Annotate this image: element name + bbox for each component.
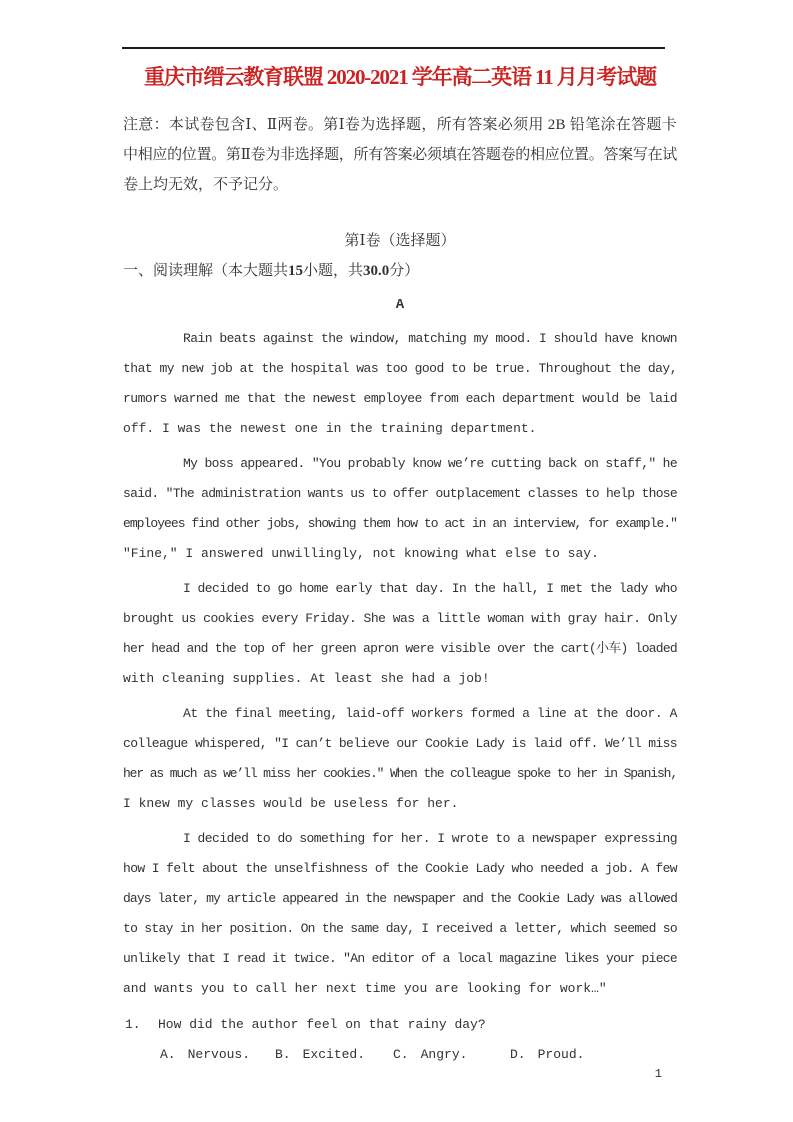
passage-line-text: brought us cookies every Friday. She was… <box>123 611 677 626</box>
passage-line: off. I was the newest one in the trainin… <box>123 414 677 444</box>
exam-document-page: 重庆市缙云教育联盟 2020-2021 学年高二英语 11 月月考试题 注意：本… <box>0 0 793 1122</box>
question-options: A.Nervous.B.Excited.C.Angry.D.Proud. <box>123 1040 677 1070</box>
passage-line-text: said. "The administration wants us to of… <box>123 486 677 501</box>
passage-line: to stay in her position. On the same day… <box>123 914 677 944</box>
passage-line: her as much as we’ll miss her cookies." … <box>123 759 677 789</box>
part-heading: 一、阅读理解（本大题共15小题，共30.0分） <box>123 256 677 286</box>
option-label: C. <box>393 1047 409 1062</box>
passage-line-text: days later, my article appeared in the n… <box>123 891 677 906</box>
passage-line: At the final meeting, laid-off workers f… <box>123 699 677 729</box>
passage-line-text: with cleaning supplies. At least she had… <box>123 671 490 686</box>
option-text: Proud. <box>538 1047 585 1062</box>
passage-line: brought us cookies every Friday. She was… <box>123 604 677 634</box>
passage-line: unlikely that I read it twice. "An edito… <box>123 944 677 974</box>
notice-line: 中相应的位置。第Ⅱ卷为非选择题，所有答案必须填在答题卷的相应位置。答案写在试 <box>123 140 677 170</box>
option-c: C.Angry. <box>393 1040 467 1070</box>
passage-line-text: unlikely that I read it twice. "An edito… <box>123 951 677 966</box>
passage-line-text: that my new job at the hospital was too … <box>123 361 677 376</box>
passage-line-text: I decided to go home early that day. In … <box>183 581 677 596</box>
page-number: 1 <box>655 1064 662 1084</box>
part-heading-segment: 一、阅读理解（本大题共 <box>123 263 288 279</box>
passage-line: "Fine," I answered unwillingly, not know… <box>123 539 677 569</box>
passage-line: how I felt about the unselfishness of th… <box>123 854 677 884</box>
part-heading-segment: 小题，共 <box>303 263 363 279</box>
passage-line: employees find other jobs, showing them … <box>123 509 677 539</box>
passage-line: days later, my article appeared in the n… <box>123 884 677 914</box>
option-a: A.Nervous. <box>160 1040 250 1070</box>
passage-line-text: colleague whispered, "I can’t believe ou… <box>123 736 677 751</box>
option-b: B.Excited. <box>275 1040 365 1070</box>
passage-line: her head and the top of her green apron … <box>123 634 677 664</box>
passage-line-text: her as much as we’ll miss her cookies." … <box>123 766 677 781</box>
volume-heading-text: 第Ⅰ卷（选择题） <box>345 233 456 249</box>
option-text: Nervous. <box>188 1047 250 1062</box>
question-1: 1. How did the author feel on that rainy… <box>123 1010 677 1070</box>
passage-line: colleague whispered, "I can’t believe ou… <box>123 729 677 759</box>
question-number: 1. <box>125 1010 141 1040</box>
question-line: 1. How did the author feel on that rainy… <box>123 1010 677 1040</box>
option-label: D. <box>510 1047 526 1062</box>
passage-line-text: I decided to do something for her. I wro… <box>183 831 677 846</box>
part-heading-segment: 分） <box>389 263 419 279</box>
exam-title: 重庆市缙云教育联盟 2020-2021 学年高二英语 11 月月考试题 <box>123 62 677 92</box>
notice-line-text: 中相应的位置。第Ⅱ卷为非选择题，所有答案必须填在答题卷的相应位置。答案写在试 <box>123 147 677 163</box>
paragraph: I decided to go home early that day. In … <box>123 574 677 694</box>
passage-line-text: At the final meeting, laid-off workers f… <box>183 706 677 721</box>
option-label: A. <box>160 1047 176 1062</box>
passage-line-text: to stay in her position. On the same day… <box>123 921 677 936</box>
page-content: 重庆市缙云教育联盟 2020-2021 学年高二英语 11 月月考试题 注意：本… <box>123 0 677 1122</box>
passage-line-text: how I felt about the unselfishness of th… <box>123 861 677 876</box>
passage-line: said. "The administration wants us to of… <box>123 479 677 509</box>
option-text: Angry. <box>421 1047 468 1062</box>
passage-label: A <box>123 290 677 320</box>
passage-line: I decided to do something for her. I wro… <box>123 824 677 854</box>
passage-line: that my new job at the hospital was too … <box>123 354 677 384</box>
passage-line-text: "Fine," I answered unwillingly, not know… <box>123 546 599 561</box>
option-label: B. <box>275 1047 291 1062</box>
passage-line: rumors warned me that the newest employe… <box>123 384 677 414</box>
option-d: D.Proud. <box>510 1040 584 1070</box>
passage-line: and wants you to call her next time you … <box>123 974 677 1004</box>
notice-line-text: 卷上均无效，不予记分。 <box>123 177 288 193</box>
exam-title-text: 重庆市缙云教育联盟 2020-2021 学年高二英语 11 月月考试题 <box>144 65 656 89</box>
passage-line: I decided to go home early that day. In … <box>123 574 677 604</box>
question-text: How did the author feel on that rainy da… <box>158 1010 486 1040</box>
passage-line: I knew my classes would be useless for h… <box>123 789 677 819</box>
passage-line-text: and wants you to call her next time you … <box>123 981 607 996</box>
passage-line-text: I knew my classes would be useless for h… <box>123 796 458 811</box>
passage-line: with cleaning supplies. At least she had… <box>123 664 677 694</box>
exam-notice: 注意：本试卷包含Ⅰ、Ⅱ两卷。第Ⅰ卷为选择题，所有答案必须用 2B 铅笔涂在答题卡… <box>123 110 677 200</box>
paragraph: I decided to do something for her. I wro… <box>123 824 677 1004</box>
passage-line-text: rumors warned me that the newest employe… <box>123 391 677 406</box>
paragraph: My boss appeared. "You probably know we’… <box>123 449 677 569</box>
notice-line: 注意：本试卷包含Ⅰ、Ⅱ两卷。第Ⅰ卷为选择题，所有答案必须用 2B 铅笔涂在答题卡 <box>123 110 677 140</box>
volume-heading: 第Ⅰ卷（选择题） <box>123 226 677 256</box>
passage-line-text: off. I was the newest one in the trainin… <box>123 421 536 436</box>
paragraph: Rain beats against the window, matching … <box>123 324 677 444</box>
notice-line-text: 注意：本试卷包含Ⅰ、Ⅱ两卷。第Ⅰ卷为选择题，所有答案必须用 2B 铅笔涂在答题卡 <box>123 117 677 133</box>
passage-line: Rain beats against the window, matching … <box>123 324 677 354</box>
passage-line-text: employees find other jobs, showing them … <box>123 516 677 531</box>
passage-line-text: My boss appeared. "You probably know we’… <box>183 456 677 471</box>
passage-line-text: Rain beats against the window, matching … <box>183 331 677 346</box>
passage-line-text: her head and the top of her green apron … <box>123 641 677 656</box>
option-text: Excited. <box>303 1047 365 1062</box>
paragraph: At the final meeting, laid-off workers f… <box>123 699 677 819</box>
part-heading-segment: 30.0 <box>363 263 389 279</box>
part-heading-segment: 15 <box>288 263 303 279</box>
notice-line: 卷上均无效，不予记分。 <box>123 170 677 200</box>
passage-line: My boss appeared. "You probably know we’… <box>123 449 677 479</box>
reading-passage: Rain beats against the window, matching … <box>123 324 677 1009</box>
